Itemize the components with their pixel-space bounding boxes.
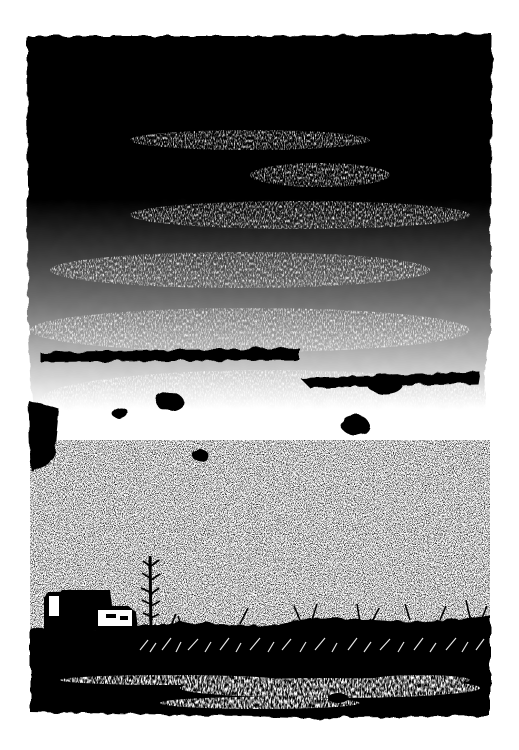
water-dark-blot [328, 693, 348, 703]
landscape-print [0, 0, 519, 750]
